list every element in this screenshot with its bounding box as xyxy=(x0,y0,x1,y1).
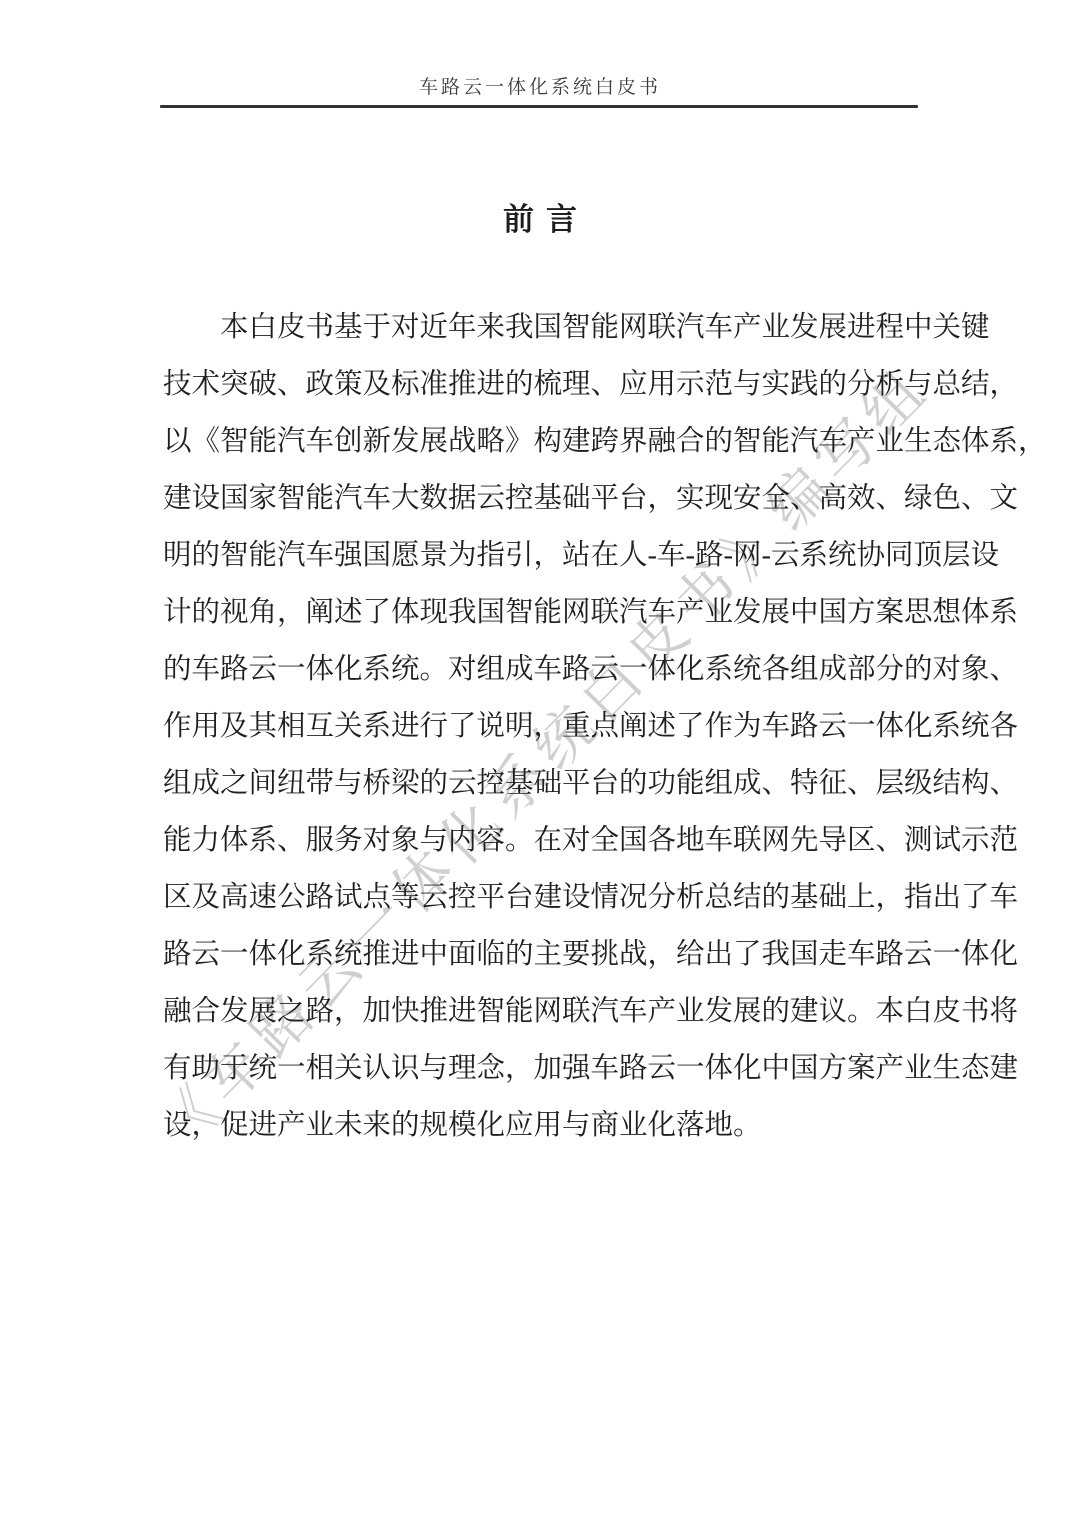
paragraph-line: 设，促进产业未来的规模化应用与商业化落地。 xyxy=(163,1097,918,1154)
paragraph-line: 组成之间纽带与桥梁的云控基础平台的功能组成、特征、层级结构、 xyxy=(163,755,918,812)
paragraph-line: 作用及其相互关系进行了说明，重点阐述了作为车路云一体化系统各 xyxy=(163,698,918,755)
paragraph-line: 区及高速公路试点等云控平台建设情况分析总结的基础上，指出了车 xyxy=(163,869,918,926)
paragraph-line: 有助于统一相关认识与理念，加强车路云一体化中国方案产业生态建 xyxy=(163,1040,918,1097)
section-title: 前言 xyxy=(0,194,1080,239)
paragraph-line: 的车路云一体化系统。对组成车路云一体化系统各组成部分的对象、 xyxy=(163,641,918,698)
paragraph-line: 以《智能汽车创新发展战略》构建跨界融合的智能汽车产业生态体系， xyxy=(163,413,918,470)
header-title: 车路云一体化系统白皮书 xyxy=(0,72,1080,99)
paragraph-line: 建设国家智能汽车大数据云控基础平台，实现安全、高效、绿色、文 xyxy=(163,470,918,527)
paragraph-line: 明的智能汽车强国愿景为指引，站在人-车-路-网-云系统协同顶层设 xyxy=(163,527,918,584)
document-page: 车路云一体化系统白皮书 前言 《车路云一体化系统白皮书》编写组 本白皮书基于对近… xyxy=(0,0,1080,1527)
paragraph-line: 技术突破、政策及标准推进的梳理、应用示范与实践的分析与总结， xyxy=(163,356,918,413)
paragraph-line: 路云一体化系统推进中面临的主要挑战，给出了我国走车路云一体化 xyxy=(163,926,918,983)
header-rule xyxy=(160,105,918,108)
paragraph-line: 融合发展之路，加快推进智能网联汽车产业发展的建议。本白皮书将 xyxy=(163,983,918,1040)
paragraph-line: 本白皮书基于对近年来我国智能网联汽车产业发展进程中关键 xyxy=(163,299,918,356)
paragraph-line: 能力体系、服务对象与内容。在对全国各地车联网先导区、测试示范 xyxy=(163,812,918,869)
paragraph-line: 计的视角，阐述了体现我国智能网联汽车产业发展中国方案思想体系 xyxy=(163,584,918,641)
preface-paragraph: 本白皮书基于对近年来我国智能网联汽车产业发展进程中关键技术突破、政策及标准推进的… xyxy=(163,299,918,1154)
